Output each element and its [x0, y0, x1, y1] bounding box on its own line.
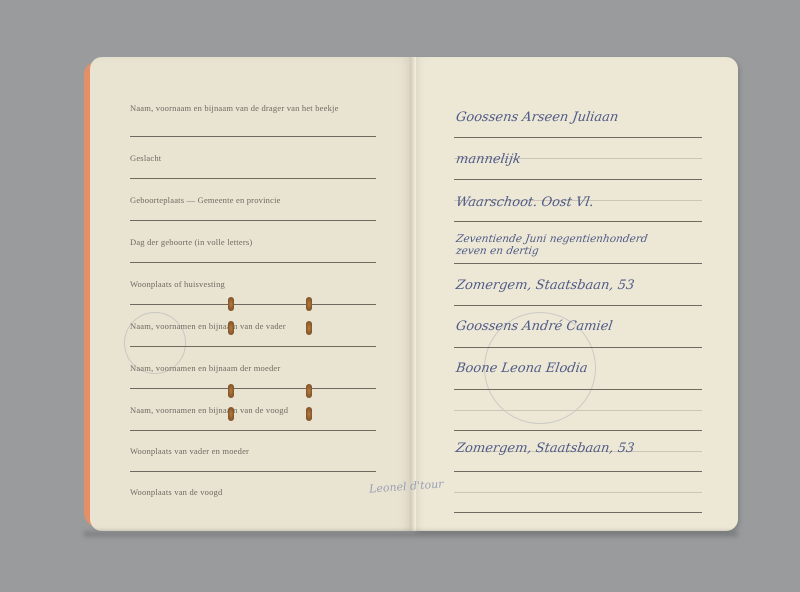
field-label-birthdate: Dag der geboorte (in volle letters) [130, 238, 378, 247]
field-label-parents-residence: Woonplaats van vader en moeder [130, 447, 378, 456]
entry-mother: Boone Leona Elodia [455, 361, 589, 376]
rule [454, 221, 702, 222]
rule [130, 220, 376, 221]
entry-birthdate-line1: Zeventiende Juni negentienhonderd [455, 234, 648, 245]
staple [228, 297, 234, 311]
right-page [414, 57, 738, 531]
field-label-birthplace: Geboorteplaats — Gemeente en provincie [130, 196, 378, 205]
entry-father: Goossens André Camiel [455, 319, 614, 334]
rule [454, 305, 702, 306]
book-shadow [84, 531, 738, 537]
rule [130, 262, 376, 263]
rule [454, 137, 702, 138]
booklet-spine [410, 57, 416, 531]
rule [130, 178, 376, 179]
staple [228, 321, 234, 335]
entry-parents-residence: Zomergem, Staatsbaan, 53 [455, 441, 635, 456]
staple [306, 384, 312, 398]
rule [130, 471, 376, 472]
staple [228, 407, 234, 421]
rule [130, 346, 376, 347]
rule [454, 471, 702, 472]
rule [454, 430, 702, 431]
field-label-guardian-residence: Woonplaats van de voogd [130, 488, 378, 497]
entry-birthdate-line2: zeven en dertig [455, 246, 539, 257]
guide-line [454, 492, 702, 493]
rule [130, 388, 376, 389]
staple [228, 384, 234, 398]
field-label-mother: Naam, voornamen en bijnaam der moeder [130, 364, 378, 373]
rule [130, 136, 376, 137]
staple [306, 297, 312, 311]
rule [454, 179, 702, 180]
entry-birthplace: Waarschoot. Oost Vl. [455, 195, 595, 210]
staple [306, 407, 312, 421]
rule [454, 263, 702, 264]
rule [454, 389, 702, 390]
guide-line [454, 410, 702, 411]
entry-residence: Zomergem, Staatsbaan, 53 [455, 278, 635, 293]
field-label-sex: Geslacht [130, 154, 378, 163]
left-page [90, 57, 414, 531]
open-booklet: Naam, voornaam en bijnaam van de drager … [84, 57, 738, 531]
staple [306, 321, 312, 335]
rule [454, 512, 702, 513]
rule [130, 304, 376, 305]
field-label-guardian: Naam, voornamen en bijnaam van de voogd [130, 406, 378, 415]
entry-name: Goossens Arseen Juliaan [455, 110, 619, 125]
field-label-residence: Woonplaats of huisvesting [130, 280, 378, 289]
rule [130, 430, 376, 431]
field-label-name: Naam, voornaam en bijnaam van de drager … [130, 104, 378, 113]
rule [454, 347, 702, 348]
entry-sex: mannelijk [455, 152, 522, 167]
field-label-father: Naam, voornamen en bijnaam van de vader [130, 322, 378, 331]
